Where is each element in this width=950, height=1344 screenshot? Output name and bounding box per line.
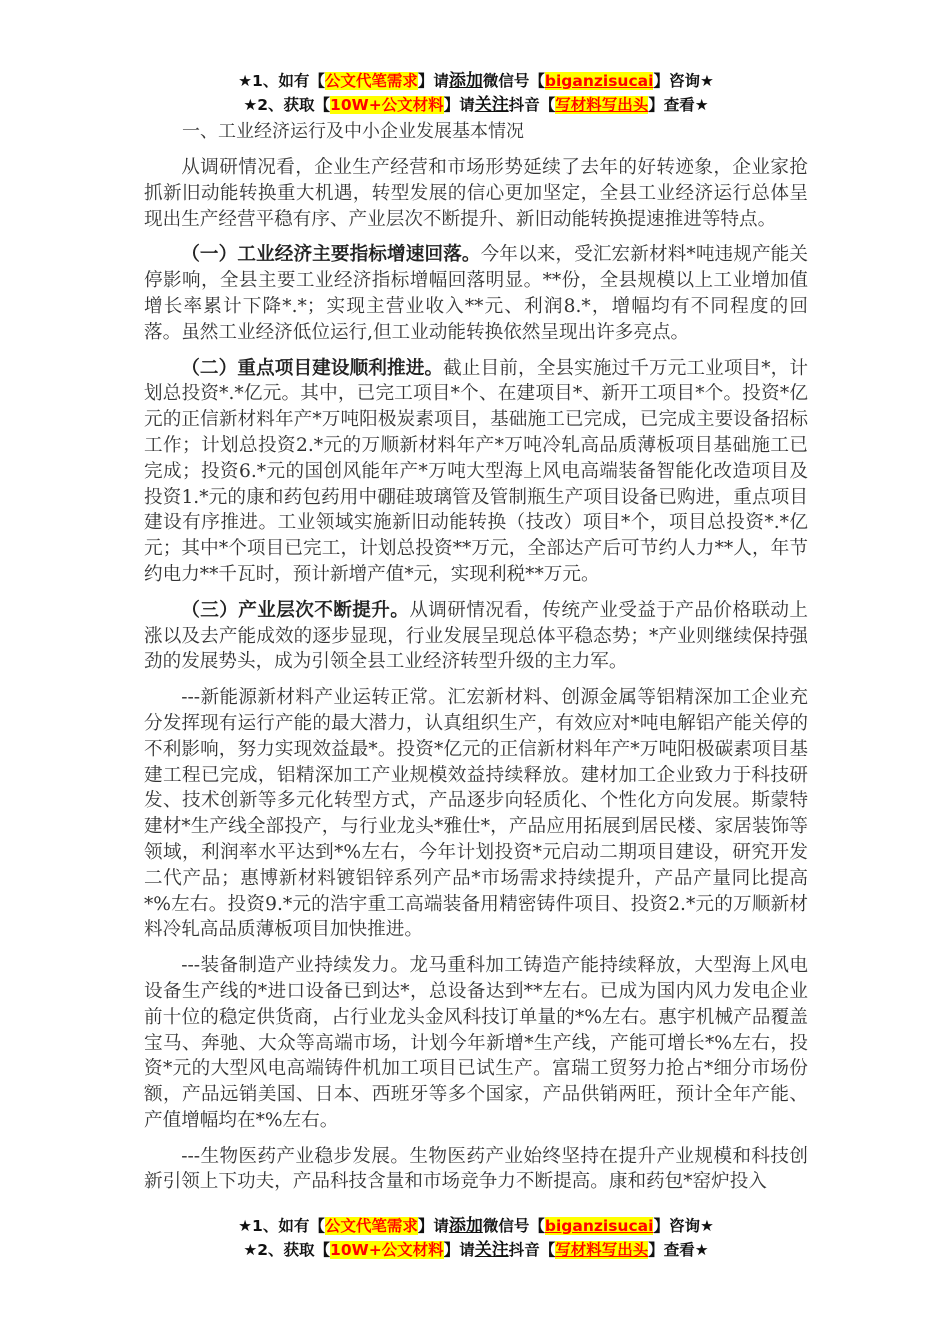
paragraph-lead: （二）重点项目建设顺利推进。 [181,358,443,379]
promo-text: ★1、如有【 [238,1217,325,1235]
promo-emphasis: 添加 [449,71,483,91]
promo-text: 】请 [444,1241,475,1259]
paragraph-lead: （三）产业层次不断提升。 [181,600,409,621]
promo-text: 】请 [444,96,475,114]
promo-text: 】咨询★ [653,72,713,90]
paragraph-indicators: （一）工业经济主要指标增速回落。今年以来，受汇宏新材料*吨违规产能关停影响，全县… [144,242,808,345]
paragraph-industry-level: （三）产业层次不断提升。从调研情况看，传统产业受益于产品价格联动上涨以及去产能成… [144,598,808,675]
promo-highlight-materials: 10W+公文材料 [330,1241,444,1259]
promo-highlight-douyin-account: 写材料写出头 [555,96,648,114]
promo-text: ★2、获取【 [243,1241,330,1259]
promo-text: 抖音【 [509,96,556,114]
promo-emphasis: 关注 [475,95,509,115]
paragraph-overview: 从调研情况看，企业生产经营和市场形势延续了去年的好转迹象，企业家抢抓新旧动能转换… [144,155,808,232]
paragraph-lead: （一）工业经济主要指标增速回落。 [181,244,480,265]
promo-text: 抖音【 [509,1241,556,1259]
header-promo-banner: ★1、如有【公文代笔需求】请添加微信号【biganzisucai】咨询★ ★2、… [144,69,808,117]
promo-text: 】请 [418,72,449,90]
promo-line-2: ★2、获取【10W+公文材料】请关注抖音【写材料写出头】查看★ [144,93,808,117]
paragraph-biomedicine: ---生物医药产业稳步发展。生物医药产业始终坚持在提升产业规模和科技创新引领上下… [144,1144,808,1196]
paragraph-text: ---生物医药产业稳步发展。生物医药产业始终坚持在提升产业规模和科技创新引领上下… [144,1146,808,1193]
paragraph-text: 从调研情况看，企业生产经营和市场形势延续了去年的好转迹象，企业家抢抓新旧动能转换… [144,157,808,230]
paragraph-key-projects: （二）重点项目建设顺利推进。截止目前，全县实施过千万元工业项目*，计划总投资*.… [144,356,808,588]
promo-text: 】请 [418,1217,449,1235]
promo-text: 微信号【 [483,72,545,90]
promo-text: 】查看★ [648,1241,708,1259]
document-body: 从调研情况看，企业生产经营和市场形势延续了去年的好转迹象，企业家抢抓新旧动能转换… [144,155,808,1205]
promo-highlight-materials: 10W+公文材料 [330,96,444,114]
section-heading: 一、工业经济运行及中小企业发展基本情况 [182,119,524,145]
promo-text: 微信号【 [483,1217,545,1235]
paragraph-new-materials: ---新能源新材料产业运转正常。汇宏新材料、创源金属等铝精深加工企业充分发挥现有… [144,685,808,943]
paragraph-equipment-manufacturing: ---装备制造产业持续发力。龙马重科加工铸造产能持续释放，大型海上风电设备生产线… [144,953,808,1134]
promo-highlight-douyin-account: 写材料写出头 [555,1241,648,1259]
promo-highlight-wechat-id: biganzisucai [545,1217,654,1235]
promo-text: 】咨询★ [653,1217,713,1235]
promo-emphasis: 关注 [475,1240,509,1260]
promo-highlight-service: 公文代笔需求 [325,72,418,90]
promo-highlight-service: 公文代笔需求 [325,1217,418,1235]
promo-line-1: ★1、如有【公文代笔需求】请添加微信号【biganzisucai】咨询★ [144,69,808,93]
promo-text: ★2、获取【 [243,96,330,114]
promo-line-2: ★2、获取【10W+公文材料】请关注抖音【写材料写出头】查看★ [144,1238,808,1262]
footer-promo-banner: ★1、如有【公文代笔需求】请添加微信号【biganzisucai】咨询★ ★2、… [144,1214,808,1262]
promo-text: 】查看★ [648,96,708,114]
paragraph-text: ---新能源新材料产业运转正常。汇宏新材料、创源金属等铝精深加工企业充分发挥现有… [144,687,808,940]
paragraph-text: 截止目前，全县实施过千万元工业项目*，计划总投资*.*亿元。其中，已完工项目*个… [144,358,808,585]
promo-emphasis: 添加 [449,1216,483,1236]
promo-line-1: ★1、如有【公文代笔需求】请添加微信号【biganzisucai】咨询★ [144,1214,808,1238]
promo-highlight-wechat-id: biganzisucai [545,72,654,90]
promo-text: ★1、如有【 [238,72,325,90]
paragraph-text: ---装备制造产业持续发力。龙马重科加工铸造产能持续释放，大型海上风电设备生产线… [144,955,808,1131]
